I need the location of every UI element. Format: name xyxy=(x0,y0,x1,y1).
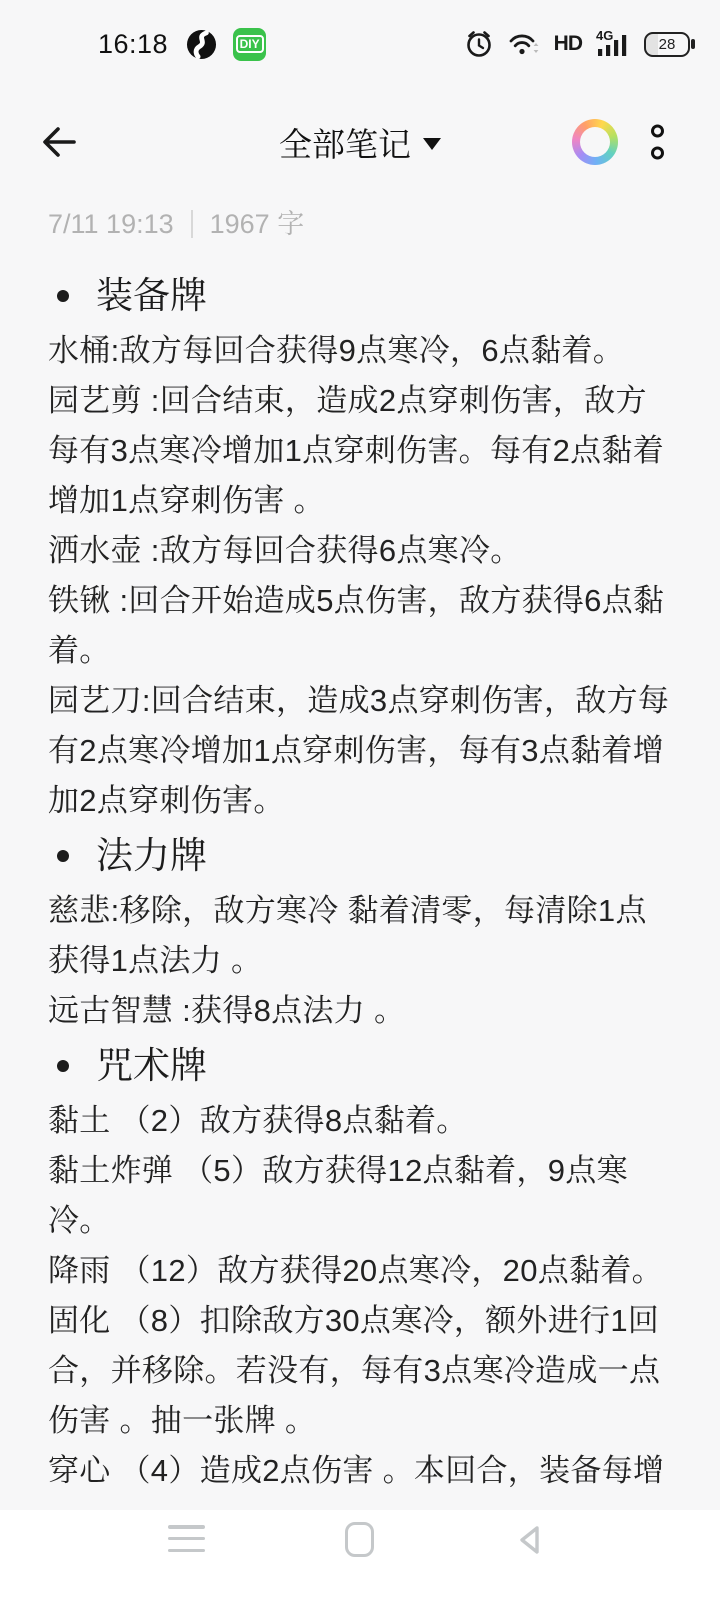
note-paragraph: 园艺剪 :回合结束，造成2点穿刺伤害，敌方每有3点寒冷增加1点穿刺伤害。每有2点… xyxy=(48,376,676,526)
note-date: 7/11 19:13 xyxy=(48,204,174,244)
note-meta: 7/11 19:13 1967 字 xyxy=(0,204,720,244)
status-bar: 16:18 DIY HD 4G 28 xyxy=(0,0,720,88)
diy-app-icon: DIY xyxy=(233,28,266,61)
clock-time: 16:18 xyxy=(98,29,168,60)
note-paragraph: 黏土 （2）敌方获得8点黏着。 xyxy=(48,1096,676,1146)
battery-indicator: 28 xyxy=(644,32,690,57)
note-content[interactable]: 装备牌 水桶:敌方每回合获得9点寒冷，6点黏着。 园艺剪 :回合结束，造成2点穿… xyxy=(0,244,720,1496)
meta-divider xyxy=(191,210,193,238)
battery-percent: 28 xyxy=(659,36,676,53)
alarm-icon xyxy=(464,28,494,60)
note-paragraph: 铁锹 :回合开始造成5点伤害，敌方获得6点黏着。 xyxy=(48,576,676,676)
note-paragraph: 洒水壶 :敌方每回合获得6点寒冷。 xyxy=(48,526,676,576)
page-title: 全部笔记 xyxy=(279,119,411,166)
section-heading-label: 法力牌 xyxy=(96,828,207,884)
note-paragraph: 降雨 （12）敌方获得20点寒冷，20点黏着。 xyxy=(48,1246,676,1296)
note-paragraph: 慈悲:移除，敌方寒冷 黏着清零，每清除1点获得1点法力 。 xyxy=(48,886,676,986)
note-paragraph: 穿心 （4）造成2点伤害 。本回合，装备每增 xyxy=(48,1446,676,1496)
wifi-icon xyxy=(507,29,541,59)
nav-home-button[interactable] xyxy=(345,1522,374,1557)
back-arrow-icon xyxy=(34,120,80,164)
system-status-icons: HD 4G 28 xyxy=(464,28,690,60)
section-heading-label: 装备牌 xyxy=(96,268,207,324)
notification-icons: DIY xyxy=(186,28,266,61)
note-paragraph: 园艺刀:回合结束，造成3点穿刺伤害，敌方每有2点寒冷增加1点穿刺伤害，每有3点黏… xyxy=(48,676,676,826)
notebook-selector[interactable]: 全部笔记 xyxy=(279,119,441,166)
bullet-icon xyxy=(57,850,69,862)
hd-label: HD xyxy=(554,32,582,56)
section-heading: 装备牌 xyxy=(48,268,676,324)
more-menu-button[interactable] xyxy=(651,125,664,160)
note-word-count: 1967 字 xyxy=(210,204,305,244)
nav-bar: 全部笔记 xyxy=(0,102,720,182)
dot-icon xyxy=(651,125,664,138)
note-section: 装备牌 水桶:敌方每回合获得9点寒冷，6点黏着。 园艺剪 :回合结束，造成2点穿… xyxy=(48,268,676,826)
signal-4g-icon: 4G xyxy=(595,28,631,60)
nav-back-button[interactable] xyxy=(514,1523,548,1557)
note-paragraph: 水桶:敌方每回合获得9点寒冷，6点黏着。 xyxy=(48,326,676,376)
android-nav-bar xyxy=(0,1510,720,1600)
nav-menu-button[interactable] xyxy=(168,1525,205,1552)
note-paragraph: 固化 （8）扣除敌方30点寒冷，额外进行1回合，并移除。若没有，每有3点寒冷造成… xyxy=(48,1296,676,1446)
svg-text:4G: 4G xyxy=(596,28,613,43)
dropdown-caret-icon xyxy=(423,138,441,150)
bullet-icon xyxy=(57,1060,69,1072)
note-section: 咒术牌 黏土 （2）敌方获得8点黏着。 黏土炸弹 （5）敌方获得12点黏着，9点… xyxy=(48,1038,676,1496)
note-paragraph: 远古智慧 :获得8点法力 。 xyxy=(48,986,676,1036)
section-heading: 咒术牌 xyxy=(48,1038,676,1094)
back-triangle-icon xyxy=(522,1528,537,1552)
colorful-ring-icon[interactable] xyxy=(572,119,618,165)
back-button[interactable] xyxy=(34,120,80,164)
section-heading: 法力牌 xyxy=(48,828,676,884)
note-section: 法力牌 慈悲:移除，敌方寒冷 黏着清零，每清除1点获得1点法力 。 远古智慧 :… xyxy=(48,828,676,1036)
bullet-icon xyxy=(57,290,69,302)
section-heading-label: 咒术牌 xyxy=(96,1038,207,1094)
swirl-app-icon xyxy=(186,29,217,60)
dot-icon xyxy=(651,147,664,160)
menu-lines-icon xyxy=(168,1525,205,1529)
note-paragraph: 黏土炸弹 （5）敌方获得12点黏着，9点寒冷。 xyxy=(48,1146,676,1246)
